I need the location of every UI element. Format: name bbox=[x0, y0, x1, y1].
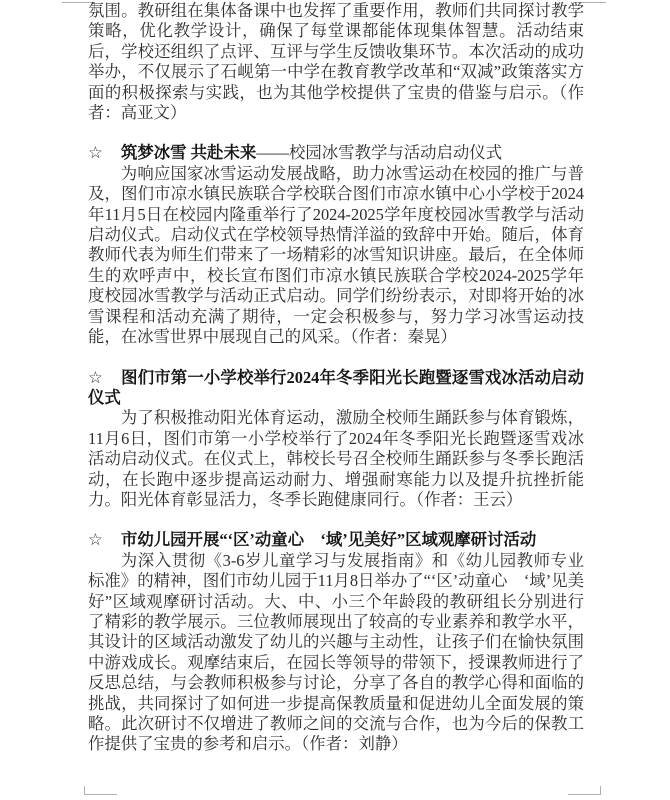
article-continuation: 氛围。教研组在集体备课中也发挥了重要作用，教师们共同探讨教学策略，优化教学设计，… bbox=[88, 1, 584, 123]
article-paragraph: 为响应国家冰雪运动发展战略，助力冰雪运动在校园的推广与普及，图们市凉水镇民族联合… bbox=[88, 164, 584, 348]
article-heading: ☆市幼儿园开展“‘区’动童心 ‘域’见美好”区域观摩研讨活动 bbox=[88, 530, 584, 550]
article-paragraph: 氛围。教研组在集体备课中也发挥了重要作用，教师们共同探讨教学策略，优化教学设计，… bbox=[88, 1, 584, 123]
text-boundary-mark-bottom-left bbox=[84, 786, 117, 795]
text-boundary-mark-bottom-right bbox=[568, 786, 601, 795]
article-subtitle: ——校园冰雪教学与活动启动仪式 bbox=[256, 143, 502, 162]
article-heading: ☆图们市第一小学校举行2024年冬季阳光长跑暨逐雪戏冰活动启动仪式 bbox=[88, 368, 584, 409]
star-icon: ☆ bbox=[88, 143, 121, 163]
article-paragraph: 为了积极推动阳光体育运动，激励全校师生踊跃参与体育锻炼，11月6日，图们市第一小… bbox=[88, 408, 584, 510]
star-icon: ☆ bbox=[88, 530, 121, 550]
article-title: 图们市第一小学校举行2024年冬季阳光长跑暨逐雪戏冰活动启动仪式 bbox=[88, 368, 584, 407]
article-title: 筑梦冰雪 共赴未来 bbox=[121, 143, 256, 162]
article-heading: ☆筑梦冰雪 共赴未来——校园冰雪教学与活动启动仪式 bbox=[88, 143, 584, 163]
article-winter-run-launch: ☆图们市第一小学校举行2024年冬季阳光长跑暨逐雪戏冰活动启动仪式 为了积极推动… bbox=[88, 368, 584, 511]
document-page: 氛围。教研组在集体备课中也发挥了重要作用，教师们共同探讨教学策略，优化教学设计，… bbox=[0, 0, 670, 800]
article-title: 市幼儿园开展“‘区’动童心 ‘域’见美好”区域观摩研讨活动 bbox=[121, 530, 536, 549]
document-text-area: 氛围。教研组在集体备课中也发挥了重要作用，教师们共同探讨教学策略，优化教学设计，… bbox=[88, 1, 584, 755]
article-paragraph: 为深入贯彻《3-6岁儿童学习与发展指南》和《幼儿园教师专业标准》的精神，图们市幼… bbox=[88, 551, 584, 755]
article-ice-snow-launch: ☆筑梦冰雪 共赴未来——校园冰雪教学与活动启动仪式 为响应国家冰雪运动发展战略，… bbox=[88, 143, 584, 347]
star-icon: ☆ bbox=[88, 368, 121, 388]
article-kindergarten-seminar: ☆市幼儿园开展“‘区’动童心 ‘域’见美好”区域观摩研讨活动 为深入贯彻《3-6… bbox=[88, 530, 584, 754]
